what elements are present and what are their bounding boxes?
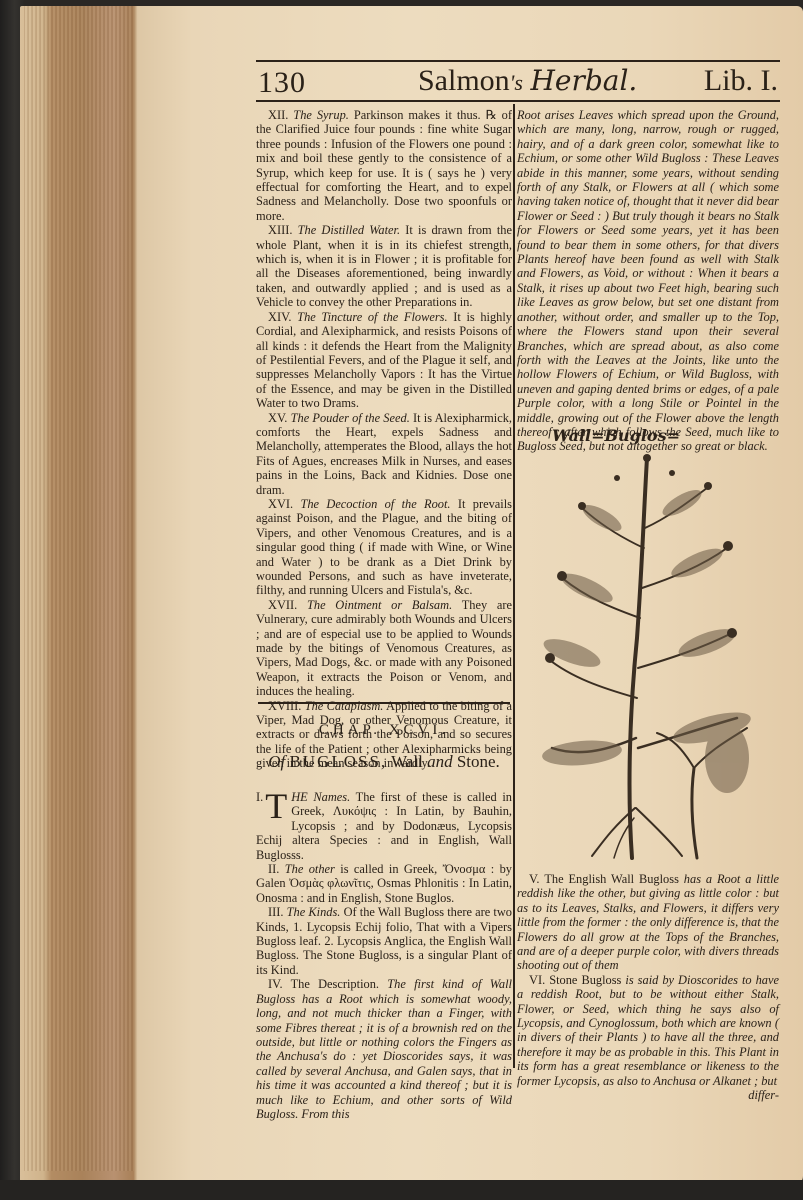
left-column: XII. The Syrup. Parkinson makes it thus.…	[256, 108, 512, 771]
catchword: differ-	[517, 1088, 779, 1102]
paragraph-xv: XV. The Pouder of the Seed. It is Alexip…	[256, 411, 512, 497]
running-title: Salmon's Herbal.	[418, 64, 637, 98]
paragraph-v: V. The English Wall Bugloss has a Root a…	[517, 872, 779, 973]
paragraph-iv: IV. The Description. The first kind of W…	[256, 977, 512, 1121]
paragraph-ii: II. The other is called in Greek, Ὄνοσμα…	[256, 862, 512, 905]
wall-bugloss-woodcut	[532, 448, 762, 860]
paragraph-xvi: XVI. The Decoction of the Root. It preva…	[256, 497, 512, 598]
illustration-caption: Wall=Buglos=	[552, 426, 680, 445]
table-surface	[0, 1180, 803, 1200]
paragraph-i: I.THE Names. The first of these is calle…	[256, 790, 512, 862]
column-divider	[513, 104, 515, 1068]
paragraph-iii: III. The Kinds. Of the Wall Bugloss ther…	[256, 905, 512, 977]
page-number: 130	[258, 66, 306, 100]
right-column-lower: V. The English Wall Bugloss has a Root a…	[517, 872, 779, 1103]
running-header: 130 Salmon's Herbal. Lib. I.	[256, 60, 780, 102]
right-column: Root arises Leaves which spread upon the…	[517, 108, 779, 454]
paragraph-xiv: XIV. The Tincture of the Flowers. It is …	[256, 310, 512, 411]
section-rule	[258, 702, 510, 704]
paragraph-xiii: XIII. The Distilled Water. It is drawn f…	[256, 223, 512, 309]
drop-cap: T	[265, 792, 287, 820]
paragraph-xvii: XVII. The Ointment or Balsam. They are V…	[256, 598, 512, 699]
book-label: Lib. I.	[704, 64, 778, 98]
paragraph-xii: XII. The Syrup. Parkinson makes it thus.…	[256, 108, 512, 223]
description-continuation: Root arises Leaves which spread upon the…	[517, 108, 779, 454]
paragraph-vi: VI. Stone Bugloss is said by Dioscorides…	[517, 973, 779, 1088]
chapter-title: Of BUGLOSS, Wall and Stone.	[256, 752, 512, 772]
chapter-heading: CHAP. XCVI.	[256, 722, 512, 739]
chapter-left-column: I.THE Names. The first of these is calle…	[256, 790, 512, 1121]
